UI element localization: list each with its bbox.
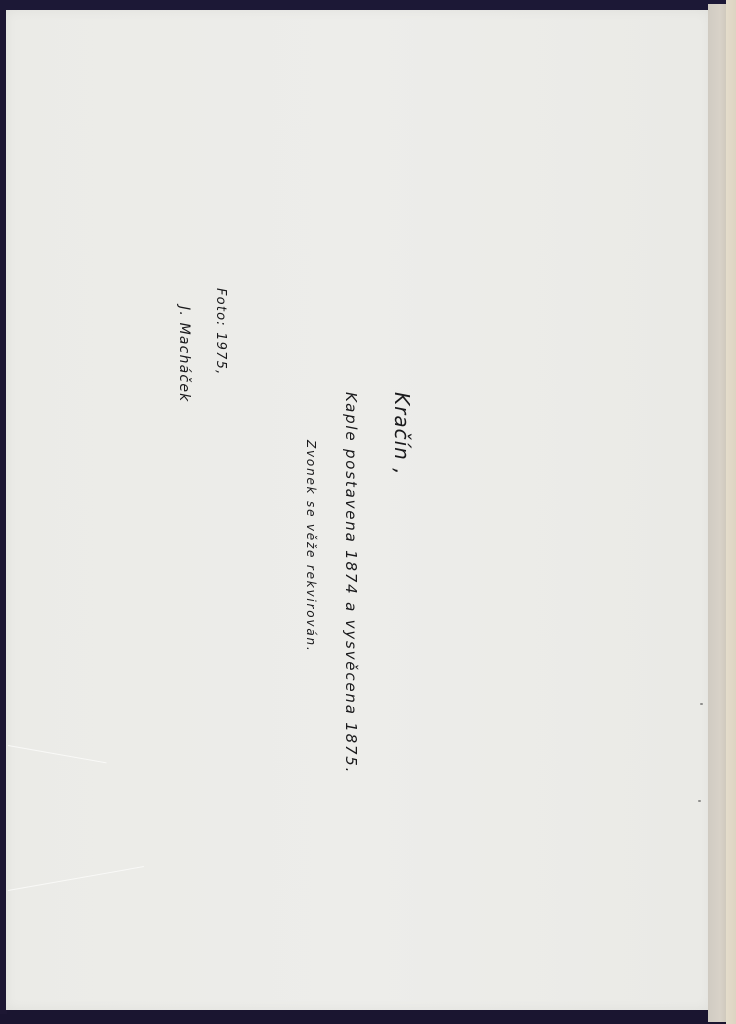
photo-date: Foto: 1975, (213, 288, 228, 375)
paper-speck (698, 800, 701, 802)
book-spine (708, 4, 728, 1022)
spine-edge (726, 0, 736, 1024)
inscription-line-1: Kaple postavena 1874 a vysvěcena 1875. (342, 392, 360, 774)
inscription-title: Kračín , (390, 392, 414, 476)
paper-speck (700, 703, 703, 705)
inscription-line-2: Zvonek se věže rekvirován. (304, 440, 318, 653)
photographer-name: J. Macháček (176, 306, 192, 402)
scan-border-top (0, 0, 736, 10)
